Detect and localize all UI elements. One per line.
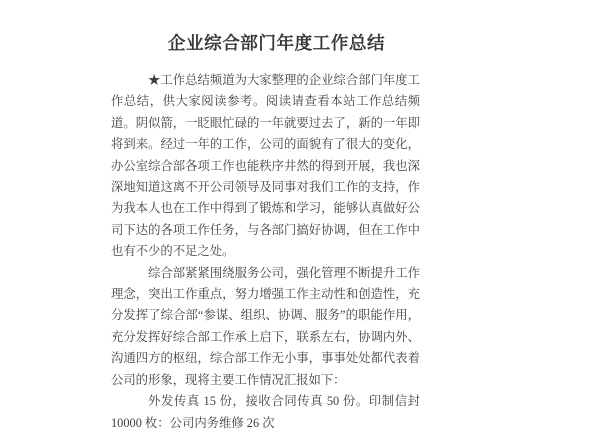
- paragraph-work-stats: 外发传真 15 份，接收合同传真 50 份。印制信封 10000 枚：公司内务维…: [111, 391, 420, 434]
- document-photo: { "colors": { "background": "#ffffff", "…: [0, 0, 601, 434]
- paragraph-overview: 综合部紧紧围绕服务公司，强化管理不断提升工作理念，突出工作重点，努力增强工作主动…: [111, 263, 420, 391]
- document-page: 企业综合部门年度工作总结 ★工作总结频道为大家整理的企业综合部门年度工作总结，供…: [111, 30, 420, 434]
- paragraph-intro: ★工作总结频道为大家整理的企业综合部门年度工作总结，供大家阅读参考。阅读请查看本…: [111, 70, 420, 263]
- document-body: ★工作总结频道为大家整理的企业综合部门年度工作总结，供大家阅读参考。阅读请查看本…: [111, 70, 420, 434]
- document-title: 企业综合部门年度工作总结: [133, 30, 420, 56]
